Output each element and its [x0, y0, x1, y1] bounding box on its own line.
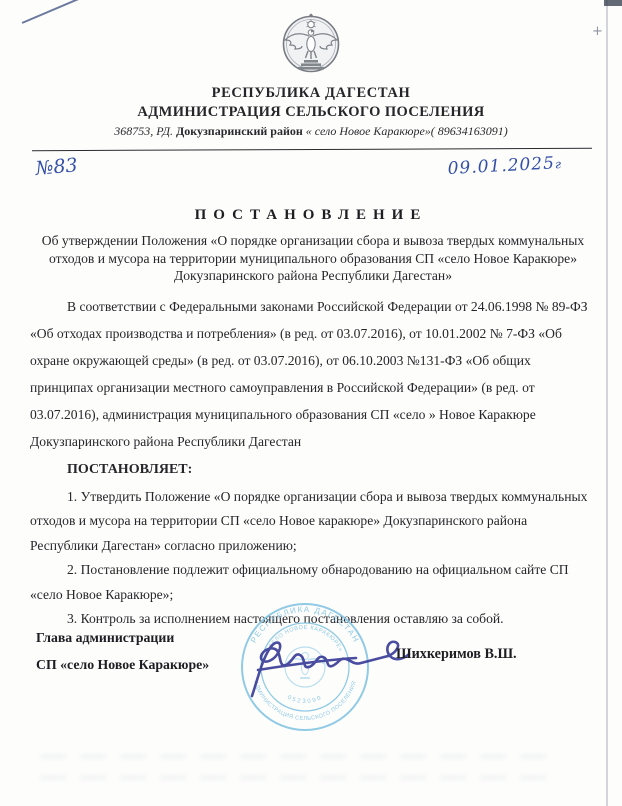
scan-edge-corner-mark: [604, 0, 622, 6]
meta-row: №83 09.01.2025г: [0, 150, 622, 190]
org-address-district: Докузпаринский район: [176, 124, 303, 138]
doc-date-suffix: г: [554, 157, 562, 171]
resolves-heading: ПОСТАНОВЛЯЕТ:: [30, 455, 592, 484]
plus-mark-artifact: +: [592, 24, 603, 39]
handwritten-signature: [228, 608, 418, 708]
dagestan-emblem-icon: [275, 13, 347, 81]
handwritten-doc-date: 09.01.2025г: [447, 153, 563, 193]
document-page: +: [0, 0, 622, 806]
signatory-position: Глава администрации СП «село Новое Карак…: [36, 624, 209, 679]
org-address: 368753, РД. Докузпаринский район « село …: [0, 124, 622, 139]
signature-block: РЕСПУБЛИКА ДАГЕСТАН АДМИНИСТРАЦИЯ СЕЛЬСК…: [0, 590, 622, 806]
signatory-position-line2: СП «село Новое Каракюре»: [36, 651, 209, 678]
letterhead: РЕСПУБЛИКА ДАГЕСТАН АДМИНИСТРАЦИЯ СЕЛЬСК…: [0, 0, 622, 150]
doc-title: ПОСТАНОВЛЕНИЕ: [0, 207, 622, 224]
resolution-item-1: 1. Утвердить Положение «О порядке органи…: [30, 485, 592, 558]
signatory-name: Шихкеримов В.Ш.: [396, 646, 517, 663]
handwritten-doc-number: №83: [35, 154, 80, 192]
org-republic: РЕСПУБЛИКА ДАГЕСТАН: [0, 85, 622, 102]
signatory-position-line1: Глава администрации: [36, 624, 209, 651]
org-address-prefix: 368753, РД.: [114, 124, 176, 138]
doc-subject: Об утверждении Положения «О порядке орга…: [38, 232, 588, 285]
doc-preamble: В соответствии с Федеральными законами Р…: [30, 294, 592, 455]
doc-date-value: 09.01.2025: [447, 153, 555, 179]
org-address-suffix: « село Новое Каракюре»( 89634163091): [303, 124, 508, 138]
org-administration: АДМИНИСТРАЦИЯ СЕЛЬСКОГО ПОСЕЛЕНИЯ: [0, 104, 622, 121]
